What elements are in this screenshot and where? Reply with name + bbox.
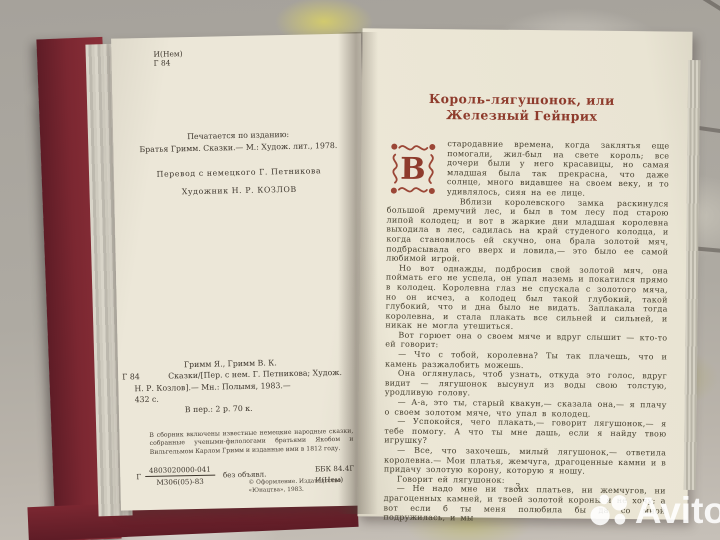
catalog-number-denominator: М306(05)-83 bbox=[145, 476, 215, 487]
avito-logo-icon bbox=[589, 490, 631, 532]
catalog-number-fraction: 4803020000-041 М306(05)-83 bbox=[145, 465, 215, 487]
book-gutter-shadow bbox=[338, 32, 378, 514]
story-paragraph: Но вот однажды, подбросив свой золотой м… bbox=[385, 263, 668, 333]
story-paragraph: Вблизи королевского замка раскинулся бол… bbox=[386, 196, 669, 266]
story-title: Король-лягушонок, или Железный Гейнрих bbox=[362, 90, 682, 126]
index-line: Г 84 bbox=[154, 59, 183, 69]
fabric-fold-shadow bbox=[661, 0, 720, 22]
index-line: И(Нем) bbox=[153, 49, 182, 59]
story-title-line: Железный Гейнрих bbox=[362, 107, 682, 127]
book-photo: И(Нем) Г 84 Печатается по изданию: Брать… bbox=[0, 0, 720, 540]
drop-cap-frame-icon: В bbox=[387, 140, 440, 199]
catalog-card: Гримм Я., Гримм В. К. Г 84 Сказки/[Пер. … bbox=[134, 356, 353, 417]
story-body: В стародавние времена, когда заклятья ещ… bbox=[383, 139, 669, 526]
story-paragraph-text: стародавние времена, когда заклятья еще … bbox=[447, 139, 670, 197]
story-paragraph: Она оглянулась, чтоб узнать, откуда это … bbox=[385, 369, 667, 401]
drop-cap-ornament: В bbox=[387, 140, 440, 199]
story-paragraph: — Успокойся, чего плакать,— говорит лягу… bbox=[384, 417, 666, 449]
catalog-code: Г 84 bbox=[122, 371, 140, 383]
catalog-annotation: В сборник включены известные немецкие на… bbox=[149, 428, 353, 457]
catalog-number-prefix: Г bbox=[136, 472, 141, 481]
catalog-number-suffix: без объявл. bbox=[223, 470, 267, 480]
right-page: Король-лягушонок, или Железный Гейнрих bbox=[357, 28, 692, 519]
story-paragraph: В стародавние времена, когда заклятья ещ… bbox=[387, 139, 670, 200]
left-page: И(Нем) Г 84 Печатается по изданию: Брать… bbox=[111, 33, 371, 510]
catalog-index-top: И(Нем) Г 84 bbox=[153, 49, 183, 68]
avito-watermark: Avito bbox=[589, 490, 720, 532]
story-paragraph: — Все, что захочешь, милый лягушонок,— о… bbox=[384, 446, 666, 478]
artist-credit: Художник Н. Р. КОЗЛОВ bbox=[114, 183, 364, 197]
drop-cap-letter: В bbox=[400, 152, 426, 187]
avito-watermark-text: Avito bbox=[635, 490, 720, 532]
edition-note: Печатается по изданию: Братья Гримм. Ска… bbox=[113, 127, 363, 157]
translator-credit: Перевод с немецкого Г. Петникова bbox=[114, 165, 364, 179]
